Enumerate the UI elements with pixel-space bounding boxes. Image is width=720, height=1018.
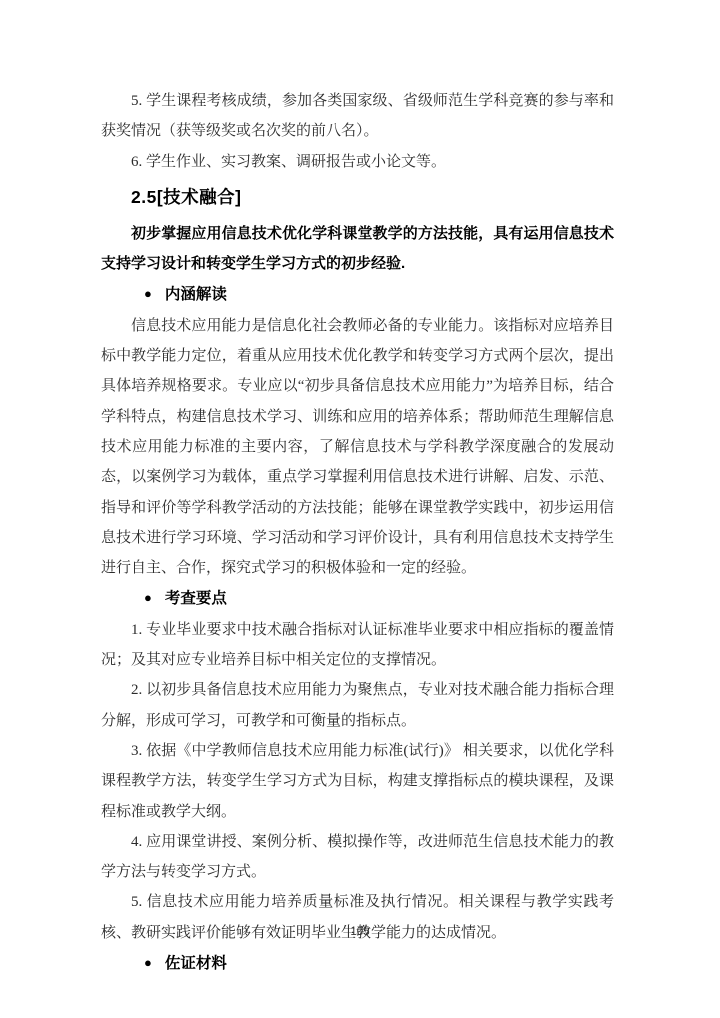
examination-point-1: 1. 专业毕业要求中技术融合指标对认证标准毕业要求中相应指标的覆盖情况；及其对应… <box>101 615 614 676</box>
bullet-dot-icon: ● <box>144 948 152 978</box>
page-content: 5. 学生课程考核成绩，参加各类国家级、省级师范生学科竞赛的参与率和获奖情况（获… <box>101 86 614 979</box>
bullet-heading-supporting-materials: ●佐证材料 <box>101 948 614 979</box>
bullet-heading-label: 内涵解读 <box>165 286 227 303</box>
bullet-heading-label: 考查要点 <box>165 590 227 607</box>
bullet-heading-connotation-interpretation: ●内涵解读 <box>101 279 614 310</box>
examination-point-5: 5. 信息技术应用能力培养质量标准及执行情况。相关课程与教学实践考核、教研实践评… <box>101 887 614 948</box>
document-page: 5. 学生课程考核成绩，参加各类国家级、省级师范生学科竞赛的参与率和获奖情况（获… <box>0 0 720 1018</box>
section-heading-2-5-technology-integration: 2.5[技术融合] <box>101 182 614 212</box>
bullet-heading-label: 佐证材料 <box>165 955 227 972</box>
section-intro-bold-paragraph: 初步掌握应用信息技术优化学科课堂教学的方法技能，具有运用信息技术支持学习设计和转… <box>101 219 614 280</box>
examination-point-4: 4. 应用课堂讲授、案例分析、模拟操作等，改进师范生信息技术能力的教学方法与转变… <box>101 827 614 888</box>
examination-point-2: 2. 以初步具备信息技术应用能力为聚焦点，专业对技术融合能力指标合理分解，形成可… <box>101 675 614 736</box>
paragraph-connotation-interpretation: 信息技术应用能力是信息化社会教师必备的专业能力。该指标对应培养目标中教学能力定位… <box>101 311 614 584</box>
page-number: 105 <box>0 926 720 938</box>
list-item-5: 5. 学生课程考核成绩，参加各类国家级、省级师范生学科竞赛的参与率和获奖情况（获… <box>101 86 614 147</box>
bullet-dot-icon: ● <box>144 583 152 613</box>
list-item-6: 6. 学生作业、实习教案、调研报告或小论文等。 <box>101 147 614 177</box>
bullet-heading-examination-points: ●考查要点 <box>101 583 614 614</box>
bullet-dot-icon: ● <box>144 279 152 309</box>
examination-point-3: 3. 依据《中学教师信息技术应用能力标准(试行)》 相关要求，以优化学科课程教学… <box>101 736 614 827</box>
